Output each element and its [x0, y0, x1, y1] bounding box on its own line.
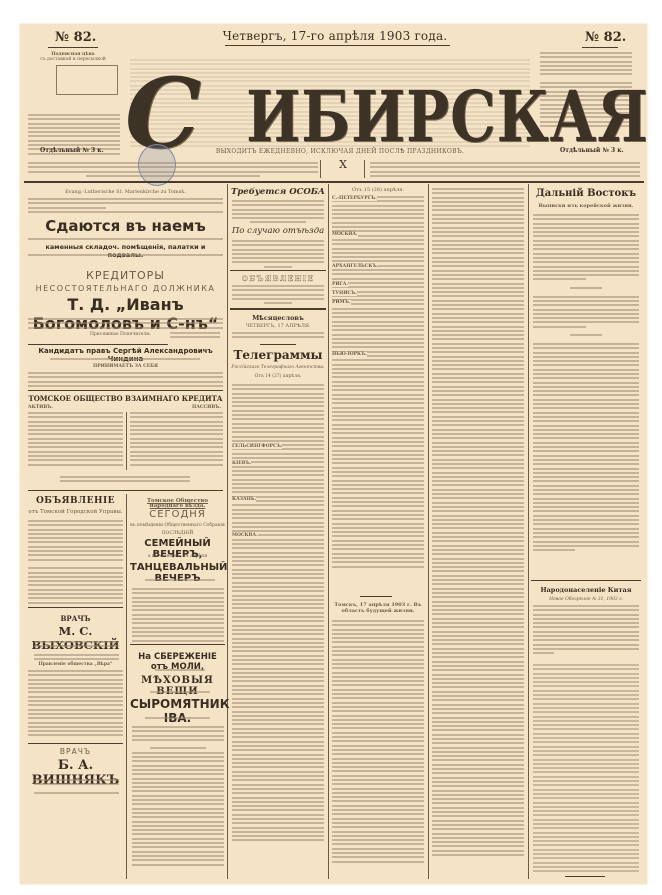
divider — [28, 344, 168, 345]
column-divider — [227, 184, 228, 879]
divider — [28, 390, 223, 391]
furrier-address — [145, 717, 210, 721]
divider — [531, 580, 641, 581]
number-underline-left — [48, 47, 98, 48]
column4-text — [432, 188, 524, 858]
doctor1-details — [34, 641, 119, 662]
church-notice-text — [28, 198, 223, 215]
city-spb: С.-ПЕТЕРБУРГЪ. — [332, 196, 377, 201]
divider — [28, 607, 123, 608]
newspaper-page: № 82. Четвергъ, 17-го апрѣля 1903 года. … — [20, 24, 647, 884]
telegrams-date: Отъ 14 (27) апрѣля. — [230, 374, 326, 379]
column3-text-top — [332, 196, 424, 570]
publication-subtitle: ВЫХОДИТЪ ЕЖЕДНЕВНО, ИСКЛЮЧАЯ ДНЕЙ ПОСЛѢ … — [190, 148, 490, 155]
evening-program — [132, 588, 224, 644]
wanted-text — [232, 200, 324, 226]
credit-liabilities-text — [130, 412, 223, 468]
issue-number-left: № 82. — [55, 30, 96, 45]
issue-date: Четвергъ, 17-го апрѣля 1903 года. — [200, 29, 470, 43]
wanted-title: Требуется ОСОБА — [230, 187, 326, 197]
china-subtitle: Новое Обозрѣніе № 31, 1903 г. — [531, 597, 641, 602]
calendar-saints — [232, 332, 324, 341]
price-table — [56, 65, 118, 95]
concert-text — [132, 726, 224, 868]
society-vera-title: Правленіе общества „Вѣра“ — [28, 662, 123, 667]
society-title: Томское Общество народнаго вѣзда. — [130, 499, 225, 509]
city-kazan: КАЗАНЬ. — [232, 497, 256, 502]
column-divider — [428, 184, 429, 879]
header-strip-left — [28, 162, 318, 179]
telegram-date-2: Отъ 15 (28) апрѣля. — [330, 188, 426, 193]
last-label: ПОСЛѢДНІЙ — [130, 531, 225, 536]
date-underline — [225, 45, 450, 46]
doctor2-details — [34, 779, 119, 796]
telegrams-text — [232, 384, 324, 844]
divider — [260, 344, 296, 345]
divider — [230, 308, 326, 310]
notice-title: ОБЪЯВЛЕНІЕ — [230, 274, 326, 283]
city-arkhangelsk: АРХАНГЕЛЬСКЪ. — [332, 264, 378, 269]
doctor1-label: ВРАЧЪ — [28, 614, 123, 623]
section-heading: Томскъ, 17 апрѣля 1903 г. Въ область буд… — [332, 602, 424, 614]
lawyer-text — [50, 358, 200, 362]
calendar-day: ЧЕТВЕРГЪ, 17 АПРѢЛЯ. — [230, 324, 326, 329]
year-mark: X — [325, 158, 361, 171]
subscription-subtitle: съ доставкой и пересылкой — [28, 57, 118, 62]
credit-society-title: ТОМСКОЕ ОБЩЕСТВО ВЗАИМНАГО КРЕДИТА — [28, 394, 223, 403]
rent-title: Сдаются въ наемъ — [28, 217, 223, 235]
venue-label: въ помѣщеніи Общественнаго Собранія — [130, 523, 225, 528]
notice-text — [232, 285, 324, 306]
column-divider — [328, 184, 329, 879]
announcement-text — [28, 520, 123, 606]
church-notice-title: Evang.-Lutherische St. Marienkirche zu T… — [28, 190, 223, 195]
city-moscow: МОСКВА. — [332, 232, 358, 237]
city-kiev: КІЕВЪ. — [232, 461, 251, 466]
divider — [360, 596, 392, 597]
today-label: СЕГОДНЯ — [130, 509, 225, 520]
credit-assets-text — [28, 412, 123, 468]
header-strip-right — [370, 162, 640, 179]
city-moscow-2: МОСКВА. — [232, 533, 258, 538]
city-newyork: НЬЮ-ІОРКЪ. — [332, 352, 367, 357]
creditors-subtitle: НЕСОСТОЯТЕЛЬНАГО ДОЛЖНИКА — [28, 284, 223, 293]
telegrams-subtitle: Россійскаго Телеграфнаго Агентства. — [230, 365, 326, 370]
city-rome: РИМЪ. — [332, 300, 351, 305]
rent-text-2 — [28, 254, 223, 258]
credit-assets-label: АКТИВЪ. — [28, 405, 53, 410]
subscription-box: Подписная цѣна съ доставкой и пересылкой — [28, 52, 118, 95]
departure-title: По случаю отъѣзда — [230, 226, 326, 236]
fur-text — [150, 691, 210, 695]
divider — [230, 270, 326, 271]
single-issue-price-left: Отдѣльный № 3 к. — [40, 147, 104, 154]
doctor2-label: ВРАЧЪ — [28, 747, 123, 756]
city-helsingfors: ГЕЛЬСИНГФОРСЪ. — [232, 444, 282, 449]
masthead-bottom-rule — [24, 181, 644, 183]
column-divider — [528, 184, 529, 879]
departure-text — [232, 240, 324, 270]
lawyer-subtitle: ПРИНИМАЕТЪ ЗА СЕБЯ — [28, 364, 223, 369]
moth-text — [155, 669, 205, 673]
dance-evening-text — [145, 579, 215, 583]
china-text — [533, 605, 639, 657]
rent-text — [28, 238, 223, 242]
divider — [565, 876, 605, 877]
divider — [28, 743, 123, 744]
lawyer-details — [28, 372, 223, 389]
divider — [364, 160, 365, 178]
column3-text-bottom — [332, 620, 424, 865]
credit-footer — [60, 476, 190, 485]
credit-liabilities-label: ПАССИВЪ. — [192, 405, 221, 410]
city-tunis: ТУНИСЪ. — [332, 291, 357, 296]
number-underline-right — [582, 47, 618, 48]
society-vera-text — [28, 670, 123, 739]
divider — [320, 160, 321, 178]
divider — [126, 494, 127, 879]
announcement-subtitle: отъ Томской Городской Управы. — [28, 510, 123, 515]
far-east-subtitle: Выписки изъ корейской жизни. — [531, 204, 641, 209]
china-population-table — [533, 664, 639, 875]
issue-number-right: № 82. — [585, 30, 626, 45]
divider — [130, 644, 225, 645]
announcement-title: ОБЪЯВЛЕНІЕ — [28, 496, 123, 506]
telegrams-title: Телеграммы — [230, 348, 326, 362]
signatures — [170, 332, 220, 341]
creditors-title: КРЕДИТОРЫ — [28, 269, 223, 282]
china-title: Народонаселеніе Китая — [531, 586, 641, 594]
creditors-text — [28, 318, 223, 331]
far-east-text — [533, 214, 639, 553]
city-riga: РИГА. — [332, 282, 348, 287]
divider — [126, 412, 127, 470]
creditors-signature: Присяжные Попечители: — [90, 332, 151, 337]
far-east-title: Дальній Востокъ — [531, 188, 641, 199]
divider — [28, 490, 223, 491]
calendar-title: Мѣсяцесловъ — [230, 314, 326, 322]
thursday-label: а въ четвергъ, 24 апрѣля — [130, 554, 225, 559]
